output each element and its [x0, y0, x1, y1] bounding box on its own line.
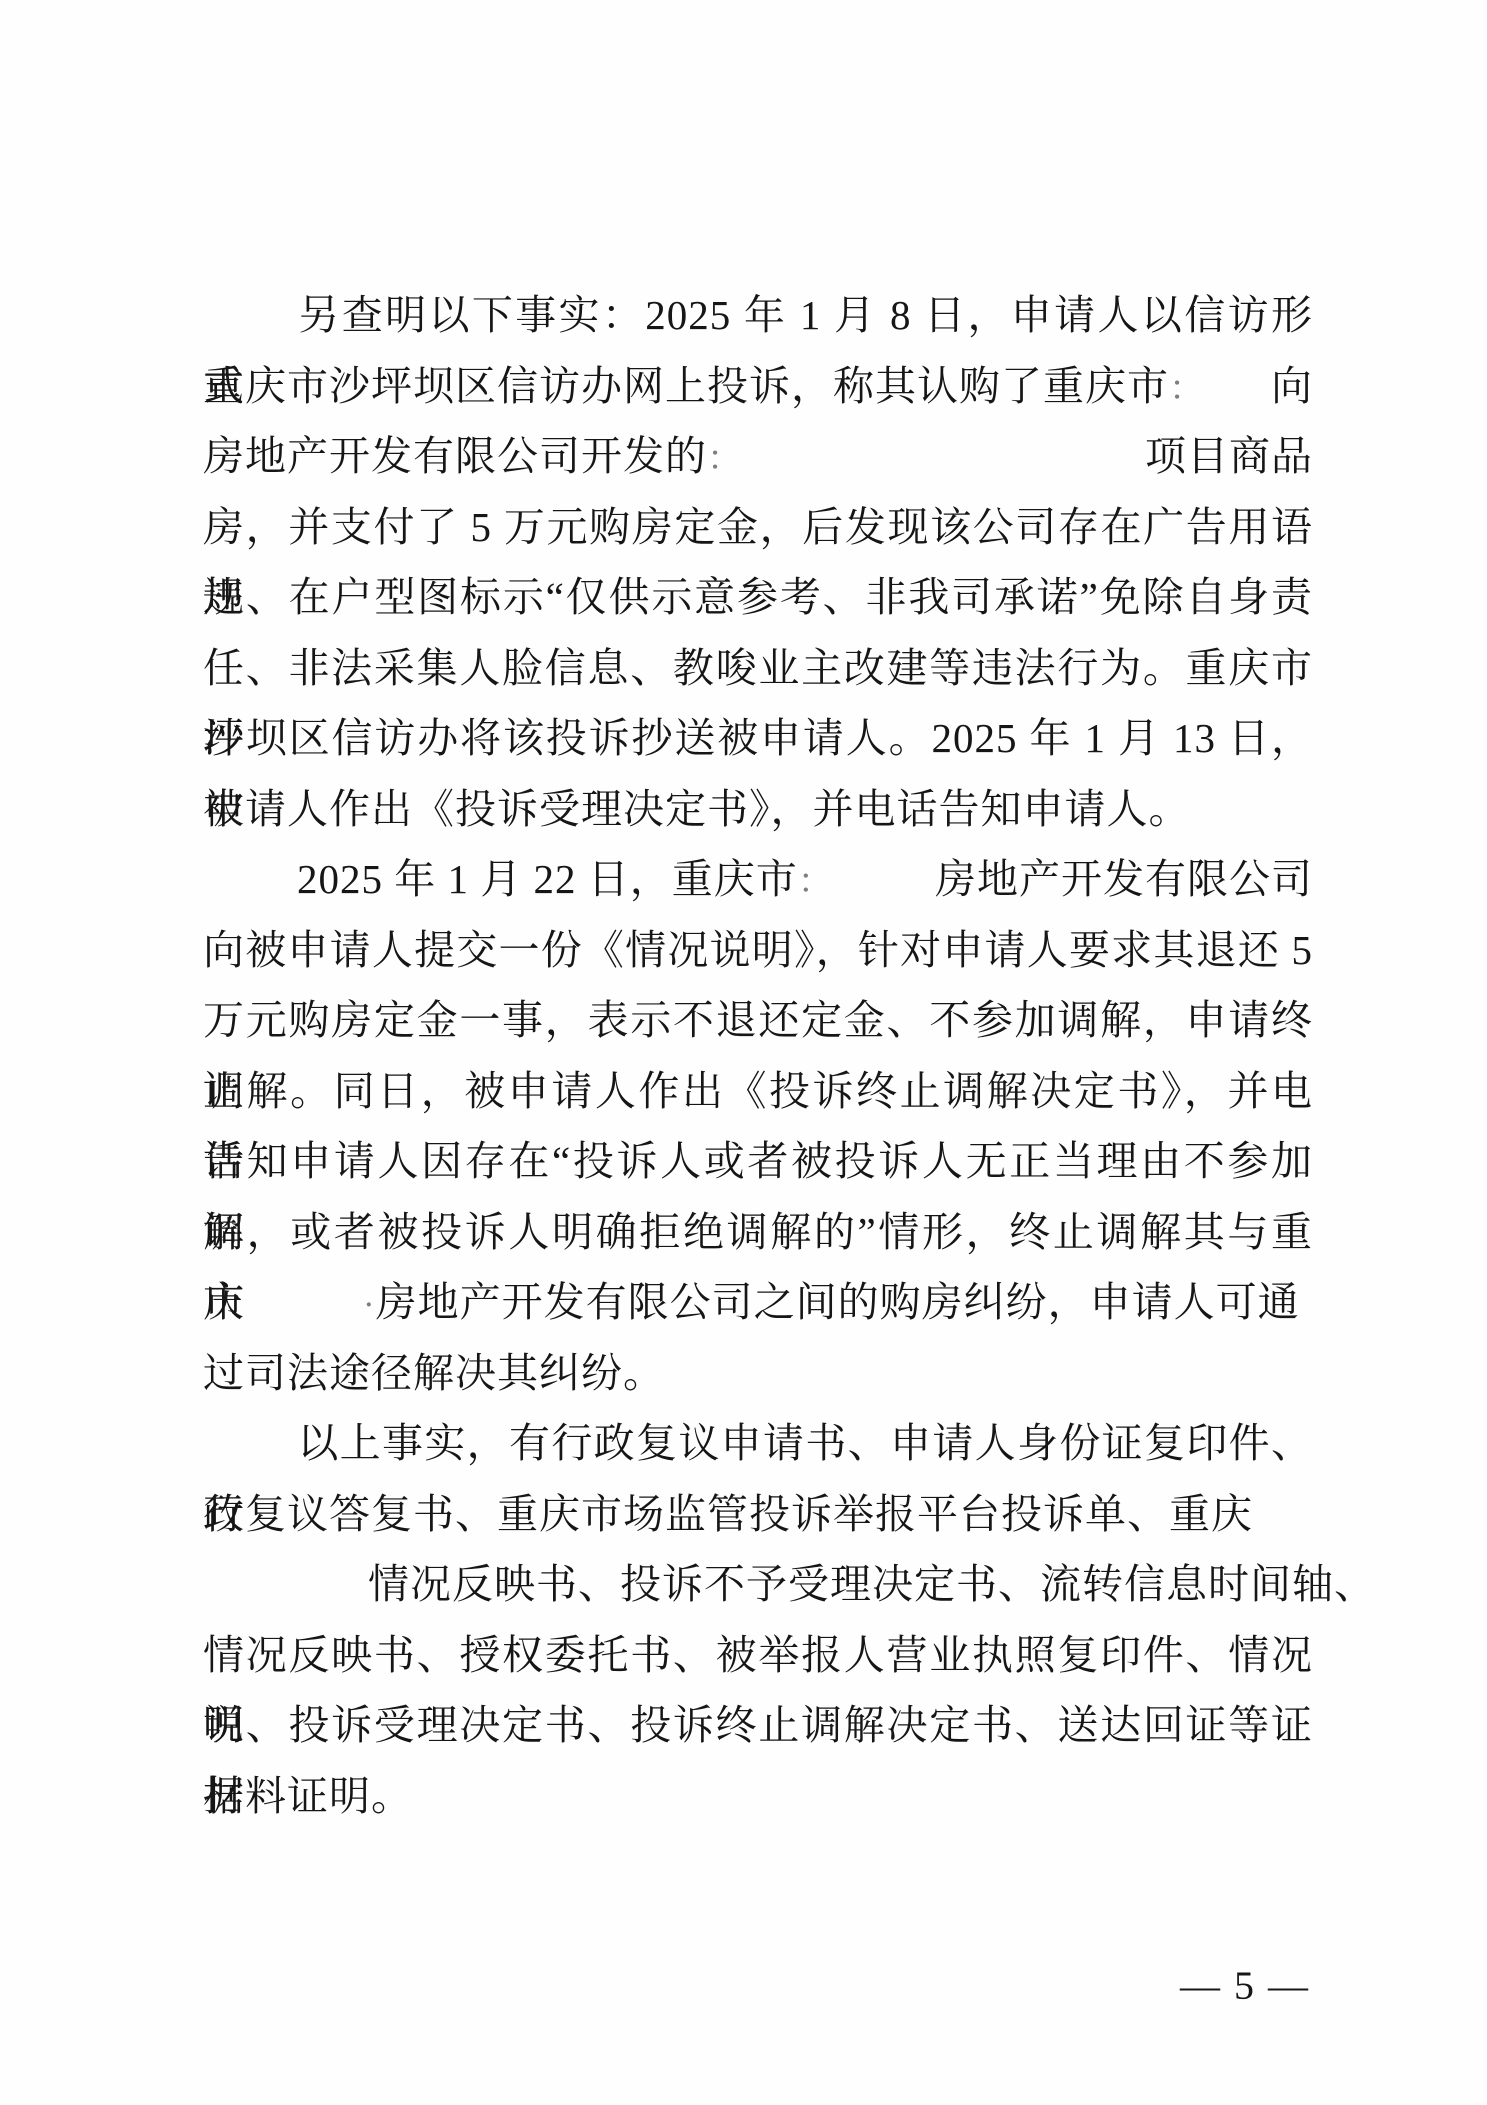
text-line: 规、在户型图标示“仅供示意参考、非我司承诺”免除自身责	[203, 562, 1313, 633]
text-line: 解，或者被投诉人明确拒绝调解的”情形，终止调解其与重庆	[203, 1197, 1313, 1268]
line-text: 情况反映书、投诉不予受理决定书、流转信息时间轴、	[368, 1561, 1376, 1607]
paragraph-indent	[203, 892, 297, 893]
text-line: 调解。同日，被申请人作出《投诉终止调解决定书》，并电话	[203, 1056, 1313, 1127]
text-line: 情况反映书、授权委托书、被举报人营业执照复印件、情况说	[203, 1620, 1313, 1691]
text-line: 坪坝区信访办将该投诉抄送被申请人。2025 年 1 月 13 日，被	[203, 703, 1313, 774]
redaction-artifact: ·	[363, 1285, 376, 1324]
document-page: 另查明以下事实：2025 年 1 月 8 日，申请人以信访形式向 重庆市沙坪坝区…	[0, 0, 1487, 2105]
text-line: 万元购房定金一事，表示不退还定金、不参加调解，申请终止	[203, 985, 1313, 1056]
line-text: 重庆市沙坪坝区信访办网上投诉，称其认购了重庆市	[203, 363, 1169, 409]
text-line: 申请人作出《投诉受理决定书》，并电话告知申请人。	[203, 774, 1313, 845]
line-text: 房地产开发有限公司	[935, 844, 1313, 915]
redacted-gap	[203, 1597, 368, 1598]
text-line: 过司法途径解决其纠纷。	[203, 1338, 1313, 1409]
text-line: 任、非法采集人脸信息、教唆业主改建等违法行为。重庆市沙	[203, 633, 1313, 704]
text-line-with-redaction-gap: 情况反映书、投诉不予受理决定书、流转信息时间轴、	[203, 1549, 1313, 1620]
text-line: 材料证明。	[203, 1761, 1313, 1832]
line-text: 房地产开发有限公司开发的	[203, 421, 707, 492]
line-text: 材料证明。	[203, 1773, 413, 1819]
text-line: 向被申请人提交一份《情况说明》，针对申请人要求其退还 5	[203, 915, 1313, 986]
line-text: 规、在户型图标示“仅供示意参考、非我司承诺”免除自身责	[203, 574, 1313, 620]
text-line-with-redaction-gap: 2025 年 1 月 22 日，重庆市：房地产开发有限公司	[203, 844, 1313, 915]
line-text: 2025 年 1 月 22 日，重庆市	[297, 844, 798, 915]
line-text: 过司法途径解决其纠纷。	[203, 1350, 665, 1396]
text-line: 明、投诉受理决定书、投诉终止调解决定书、送达回证等证据	[203, 1690, 1313, 1761]
text-line: 房，并支付了 5 万元购房定金，后发现该公司存在广告用语违	[203, 492, 1313, 563]
text-line: 另查明以下事实：2025 年 1 月 8 日，申请人以信访形式向	[203, 280, 1313, 351]
redaction-artifact: ：	[798, 847, 834, 918]
text-line-with-redaction-gap: 房地产开发有限公司开发的：项目商品	[203, 421, 1313, 492]
line-text: 向被申请人提交一份《情况说明》，针对申请人要求其退还 5	[203, 927, 1313, 973]
line-text: 政复议答复书、重庆市场监管投诉举报平台投诉单、重庆	[203, 1491, 1253, 1537]
line-text: 市	[203, 1279, 245, 1325]
text-line: 以上事实，有行政复议申请书、申请人身份证复印件、行	[203, 1408, 1313, 1479]
page-number: — 5 —	[1175, 1962, 1315, 2010]
redaction-artifact: ：	[707, 424, 743, 495]
paragraph-indent	[203, 328, 297, 329]
document-body: 另查明以下事实：2025 年 1 月 8 日，申请人以信访形式向 重庆市沙坪坝区…	[203, 280, 1313, 1831]
text-line: 政复议答复书、重庆市场监管投诉举报平台投诉单、重庆	[203, 1479, 1313, 1550]
text-line: 重庆市沙坪坝区信访办网上投诉，称其认购了重庆市：	[203, 351, 1313, 422]
redacted-gap	[245, 1315, 363, 1316]
line-text: 项目商品	[1145, 421, 1313, 492]
line-text: 申请人作出《投诉受理决定书》，并电话告知申请人。	[203, 786, 1191, 832]
text-line: 告知申请人因存在“投诉人或者被投诉人无正当理由不参加调	[203, 1126, 1313, 1197]
paragraph-indent	[203, 1456, 297, 1457]
text-line-with-redaction-gap: 市·房地产开发有限公司之间的购房纠纷，申请人可通	[203, 1267, 1313, 1338]
line-text: 房地产开发有限公司之间的购房纠纷，申请人可通	[376, 1279, 1300, 1325]
redaction-artifact: ：	[1169, 369, 1205, 408]
